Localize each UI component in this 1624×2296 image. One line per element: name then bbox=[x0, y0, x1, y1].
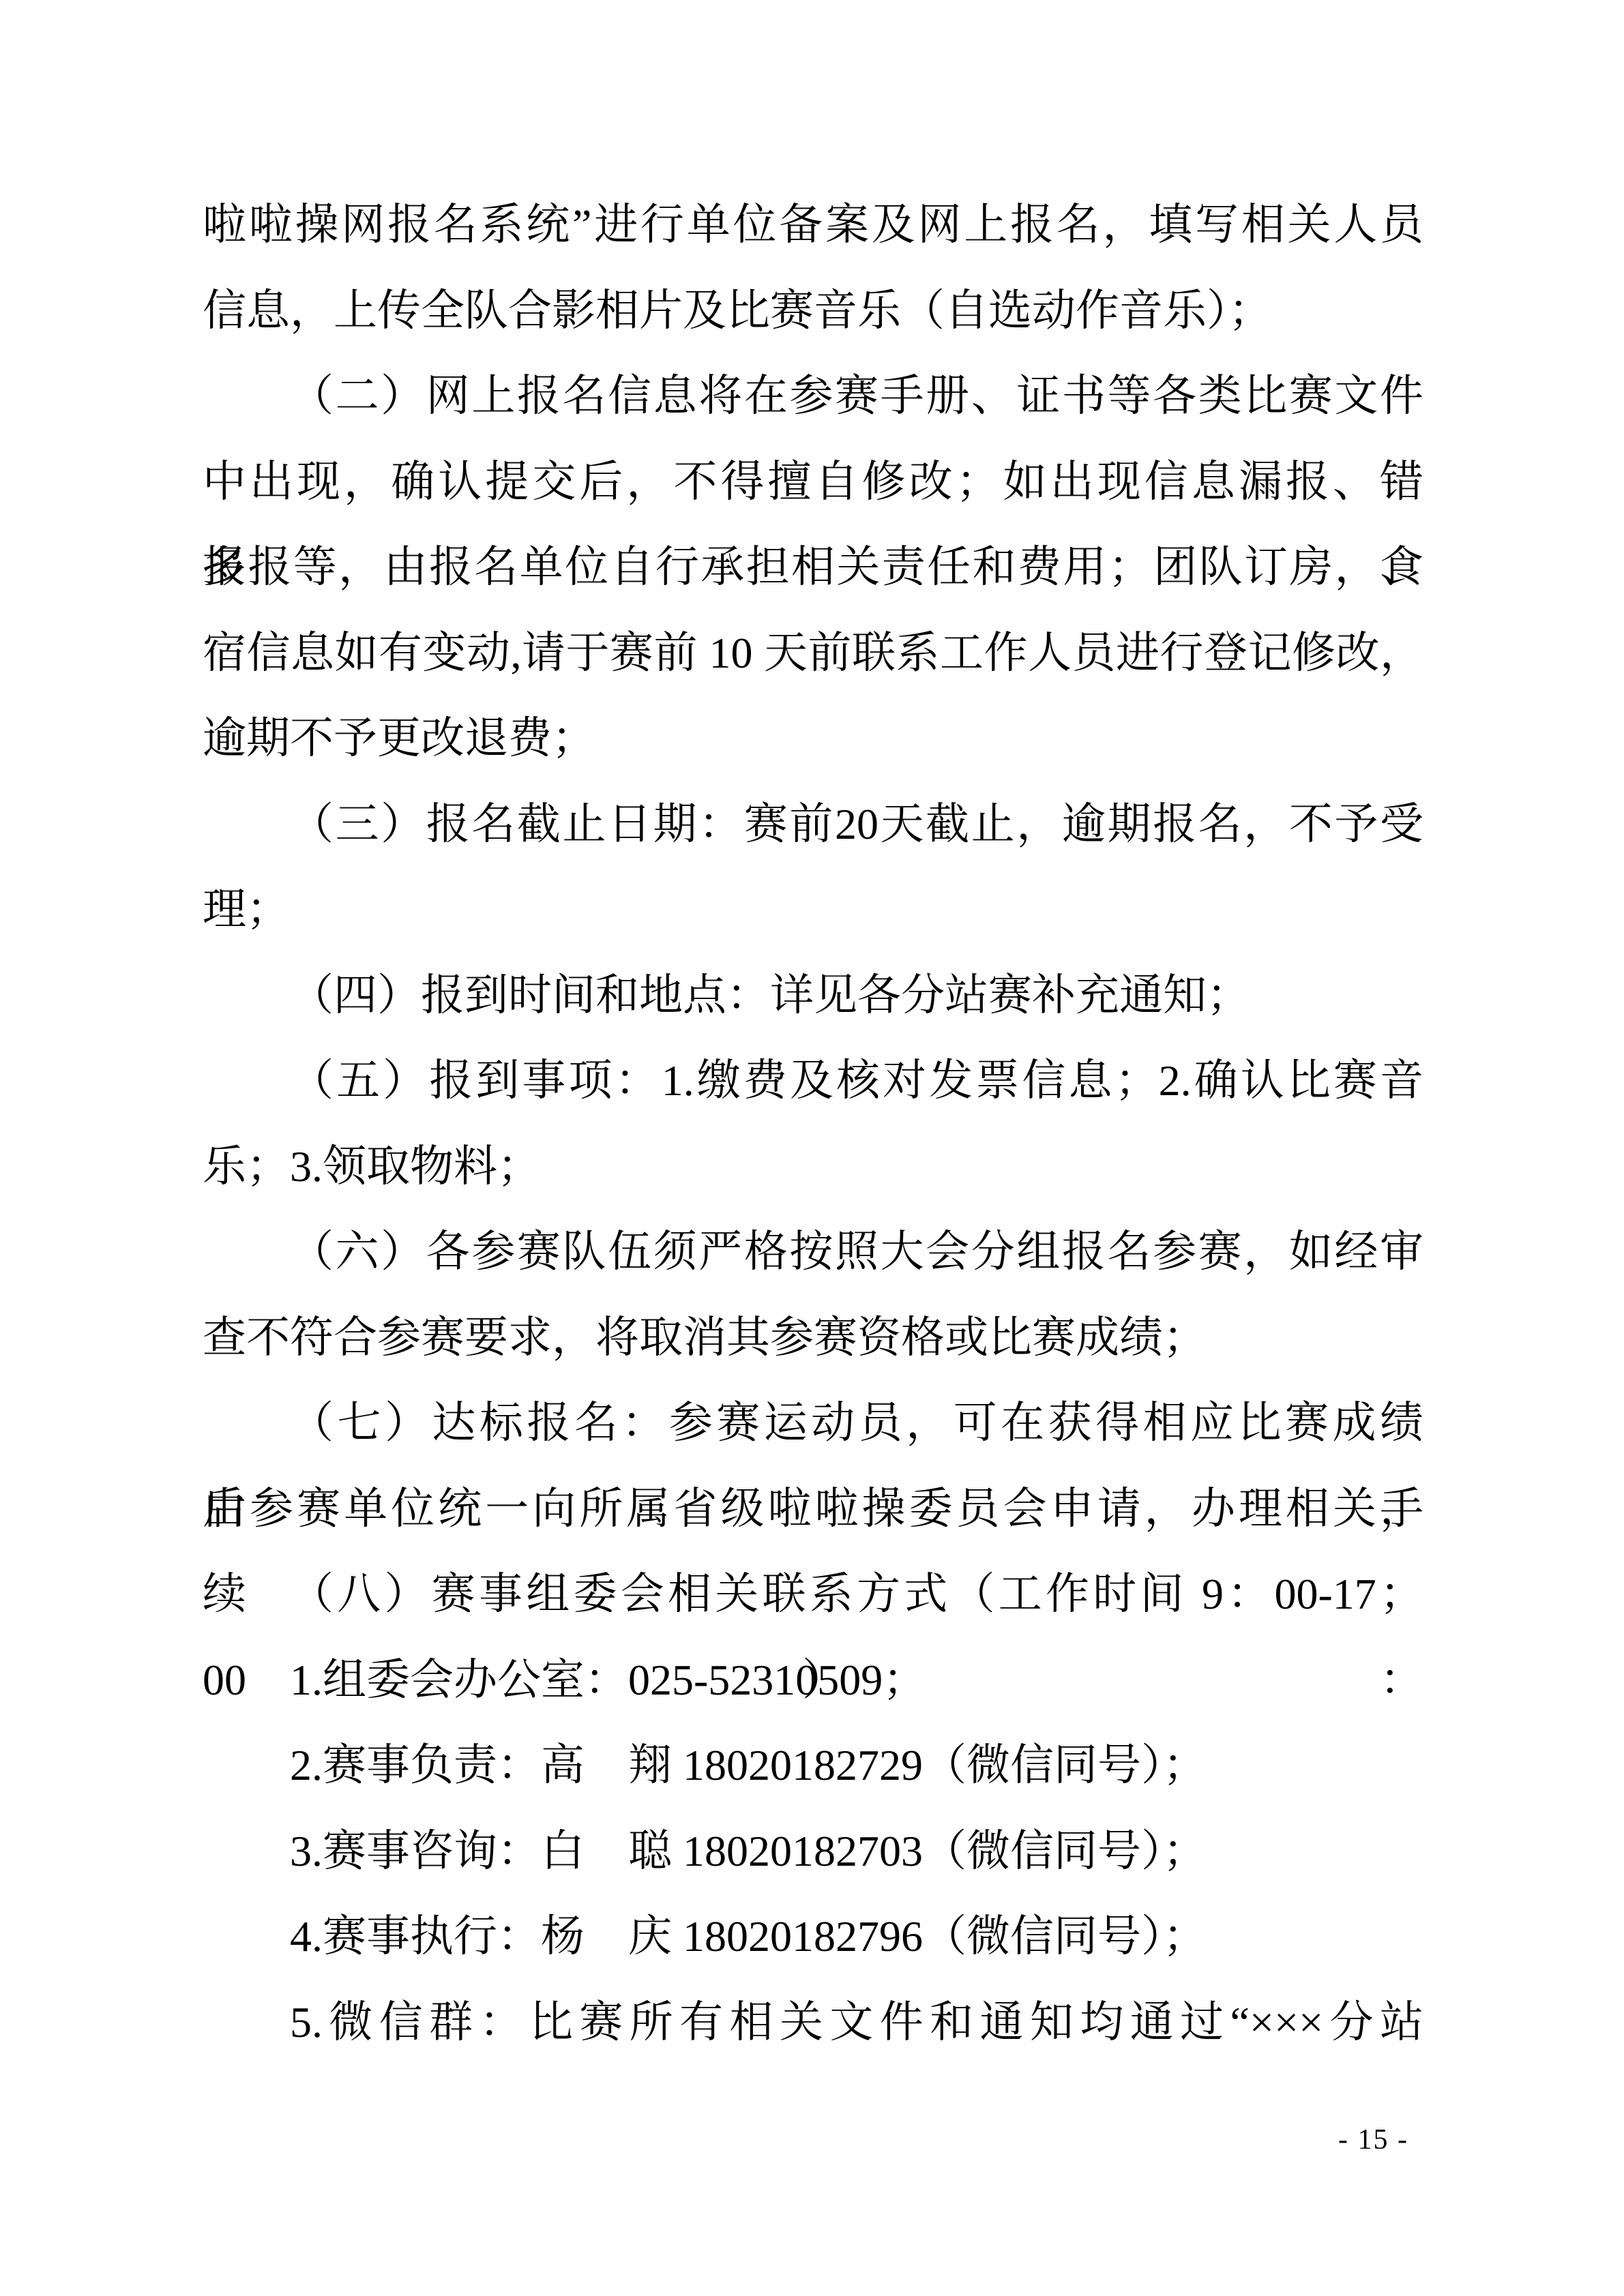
text-line: 多报等，由报名单位自行承担相关责任和费用；团队订房，食 bbox=[203, 524, 1423, 610]
text-line: 乐；3.领取物料； bbox=[203, 1124, 1423, 1210]
text-line: （三）报名截止日期：赛前20天截止，逾期报名，不予受 bbox=[203, 781, 1423, 867]
text-line: 2.赛事负责：高 翔 18020182729（微信同号）； bbox=[203, 1723, 1423, 1808]
page-number: - 15 - bbox=[1338, 2122, 1408, 2158]
body-text: 啦啦操网报名系统”进行单位备案及网上报名，填写相关人员 信息，上传全队合影相片及… bbox=[203, 182, 1423, 2065]
text-line: （五）报到事项：1.缴费及核对发票信息；2.确认比赛音 bbox=[203, 1038, 1423, 1124]
text-line: （八）赛事组委会相关联系方式（工作时间 9：00-17：00）： bbox=[203, 1551, 1423, 1637]
text-line: 逾期不予更改退费； bbox=[203, 696, 1423, 781]
text-line: 3.赛事咨询：白 聪 18020182703（微信同号）； bbox=[203, 1808, 1423, 1894]
text-line: 啦啦操网报名系统”进行单位备案及网上报名，填写相关人员 bbox=[203, 182, 1423, 268]
text-line: 查不符合参赛要求，将取消其参赛资格或比赛成绩； bbox=[203, 1295, 1423, 1381]
text-line: （二）网上报名信息将在参赛手册、证书等各类比赛文件 bbox=[203, 353, 1423, 439]
text-line: 信息，上传全队合影相片及比赛音乐（自选动作音乐）； bbox=[203, 268, 1423, 354]
text-line: （七）达标报名：参赛运动员，可在获得相应比赛成绩后， bbox=[203, 1380, 1423, 1466]
text-line: 中出现，确认提交后，不得擅自修改；如出现信息漏报、错报、 bbox=[203, 439, 1423, 525]
text-line: 宿信息如有变动,请于赛前 10 天前联系工作人员进行登记修改， bbox=[203, 610, 1423, 696]
text-line: 由参赛单位统一向所属省级啦啦操委员会申请，办理相关手续； bbox=[203, 1466, 1423, 1552]
document-page: 啦啦操网报名系统”进行单位备案及网上报名，填写相关人员 信息，上传全队合影相片及… bbox=[0, 0, 1624, 2296]
text-line: （四）报到时间和地点：详见各分站赛补充通知； bbox=[203, 953, 1423, 1039]
text-line: 理； bbox=[203, 867, 1423, 953]
text-line: 4.赛事执行：杨 庆 18020182796（微信同号）； bbox=[203, 1894, 1423, 1980]
text-line: 5.微信群：比赛所有相关文件和通知均通过“×××分站 bbox=[203, 1980, 1423, 2066]
text-line: （六）各参赛队伍须严格按照大会分组报名参赛，如经审 bbox=[203, 1209, 1423, 1295]
